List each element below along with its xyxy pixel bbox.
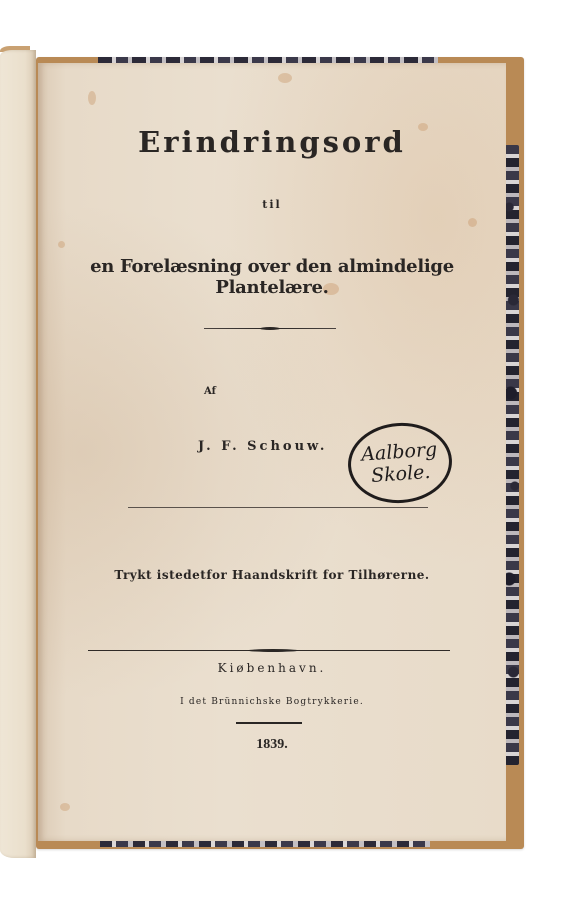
by-line: Af	[204, 386, 216, 397]
book-subtitle: en Forelæsning over den almindelige Plan…	[38, 256, 506, 298]
stamp-line-2: Skole.	[370, 461, 431, 487]
foxing-stain	[88, 91, 96, 105]
marbled-edge-right	[505, 145, 519, 765]
publication-place: Kiøbenhavn.	[38, 661, 506, 675]
book-title: Erindringsord	[38, 125, 506, 159]
ornamental-rule	[88, 650, 450, 651]
printing-note: Trykt istedetfor Haandskrift for Tilhøre…	[38, 568, 506, 582]
publication-year: 1839.	[38, 737, 506, 753]
foxing-stain	[278, 73, 292, 83]
book-photo: Erindringsord til en Forelæsning over de…	[0, 0, 573, 900]
foxing-stain	[468, 218, 477, 227]
short-rule	[236, 722, 302, 724]
title-page: Erindringsord til en Forelæsning over de…	[38, 63, 506, 841]
thin-rule	[128, 507, 428, 508]
flyleaf-page	[0, 50, 36, 858]
printer-name: I det Brünnichske Bogtrykkerie.	[38, 697, 506, 707]
foxing-stain	[60, 803, 70, 811]
title-connector: til	[38, 198, 506, 211]
library-stamp: Aalborg Skole.	[345, 419, 454, 506]
foxing-stain	[58, 241, 65, 248]
author-name: J. F. Schouw.	[198, 439, 327, 454]
ornamental-rule	[204, 328, 336, 329]
